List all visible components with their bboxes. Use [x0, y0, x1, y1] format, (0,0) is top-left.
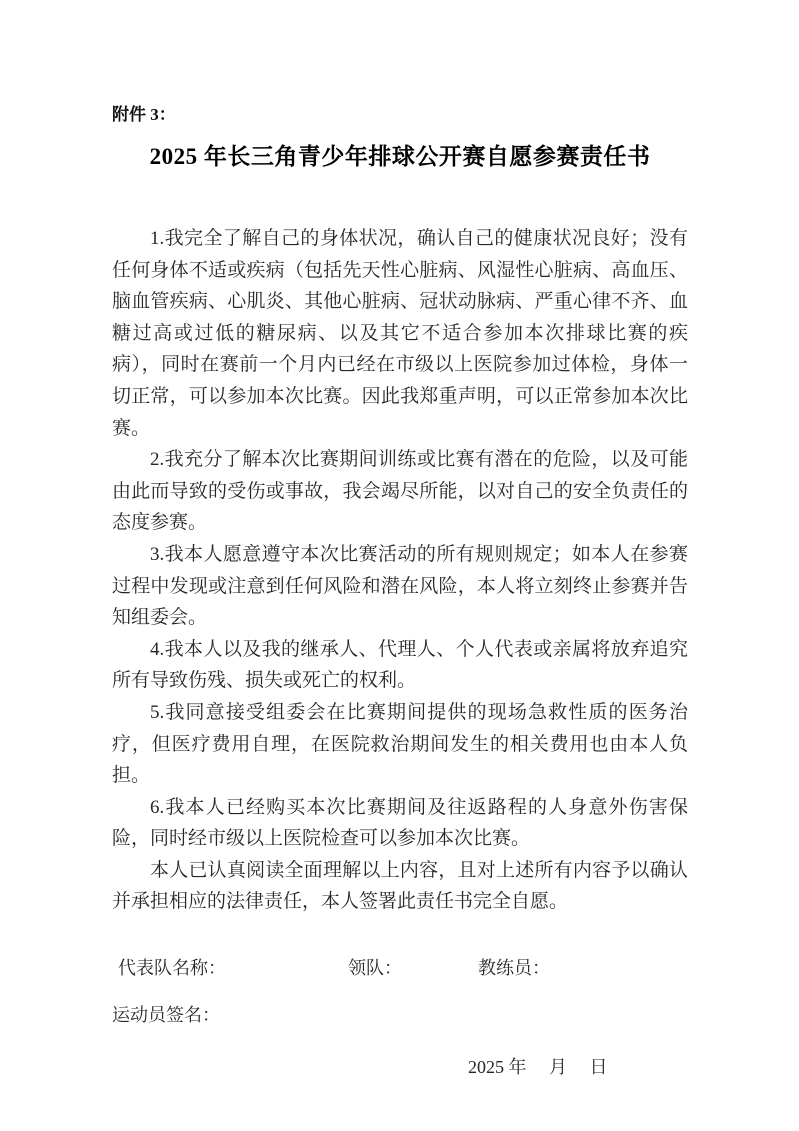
paragraph-rules-compliance: 3.我本人愿意遵守本次比赛活动的所有规则规定；如本人在参赛过程中发现或注意到任何…: [112, 539, 688, 634]
paragraph-health-declaration: 1.我完全了解自己的身体状况，确认自己的健康状况良好；没有任何身体不适或疾病（包…: [112, 223, 688, 444]
document-page: 附件 3： 2025 年长三角青少年排球公开赛自愿参赛责任书 1.我完全了解自己…: [0, 0, 799, 1131]
paragraph-waiver-of-claims: 4.我本人以及我的继承人、代理人、个人代表或亲属将放弃追究所有导致伤残、损失或死…: [112, 634, 688, 697]
document-title: 2025 年长三角青少年排球公开赛自愿参赛责任书: [112, 141, 688, 173]
leader-label: 领队：: [348, 952, 402, 984]
paragraph-risk-awareness: 2.我充分了解本次比赛期间训练或比赛有潜在的危险，以及可能由此而导致的受伤或事故…: [112, 444, 688, 539]
date-row: 2025 年 月 日: [112, 1051, 688, 1083]
paragraph-confirmation: 本人已认真阅读全面理解以上内容，且对上述所有内容予以确认并承担相应的法律责任，本…: [112, 855, 688, 918]
athlete-signature-row: 运动员签名：: [112, 999, 688, 1031]
athlete-signature-label: 运动员签名：: [112, 1005, 220, 1025]
signature-row: 代表队名称： 领队： 教练员：: [112, 952, 688, 984]
document-body: 1.我完全了解自己的身体状况，确认自己的健康状况良好；没有任何身体不适或疾病（包…: [112, 223, 688, 918]
date-line: 2025 年 月 日: [468, 1057, 608, 1077]
document-content: 附件 3： 2025 年长三角青少年排球公开赛自愿参赛责任书 1.我完全了解自己…: [112, 103, 688, 1083]
attachment-label: 附件 3：: [112, 103, 688, 127]
paragraph-medical-treatment: 5.我同意接受组委会在比赛期间提供的现场急救性质的医务治疗，但医疗费用自理，在医…: [112, 697, 688, 792]
signature-section: 代表队名称： 领队： 教练员： 运动员签名： 2025 年 月 日: [112, 952, 688, 1083]
paragraph-insurance: 6.我本人已经购买本次比赛期间及往返路程的人身意外伤害保险，同时经市级以上医院检…: [112, 792, 688, 855]
team-name-label: 代表队名称：: [118, 952, 226, 984]
coach-label: 教练员：: [478, 952, 550, 984]
